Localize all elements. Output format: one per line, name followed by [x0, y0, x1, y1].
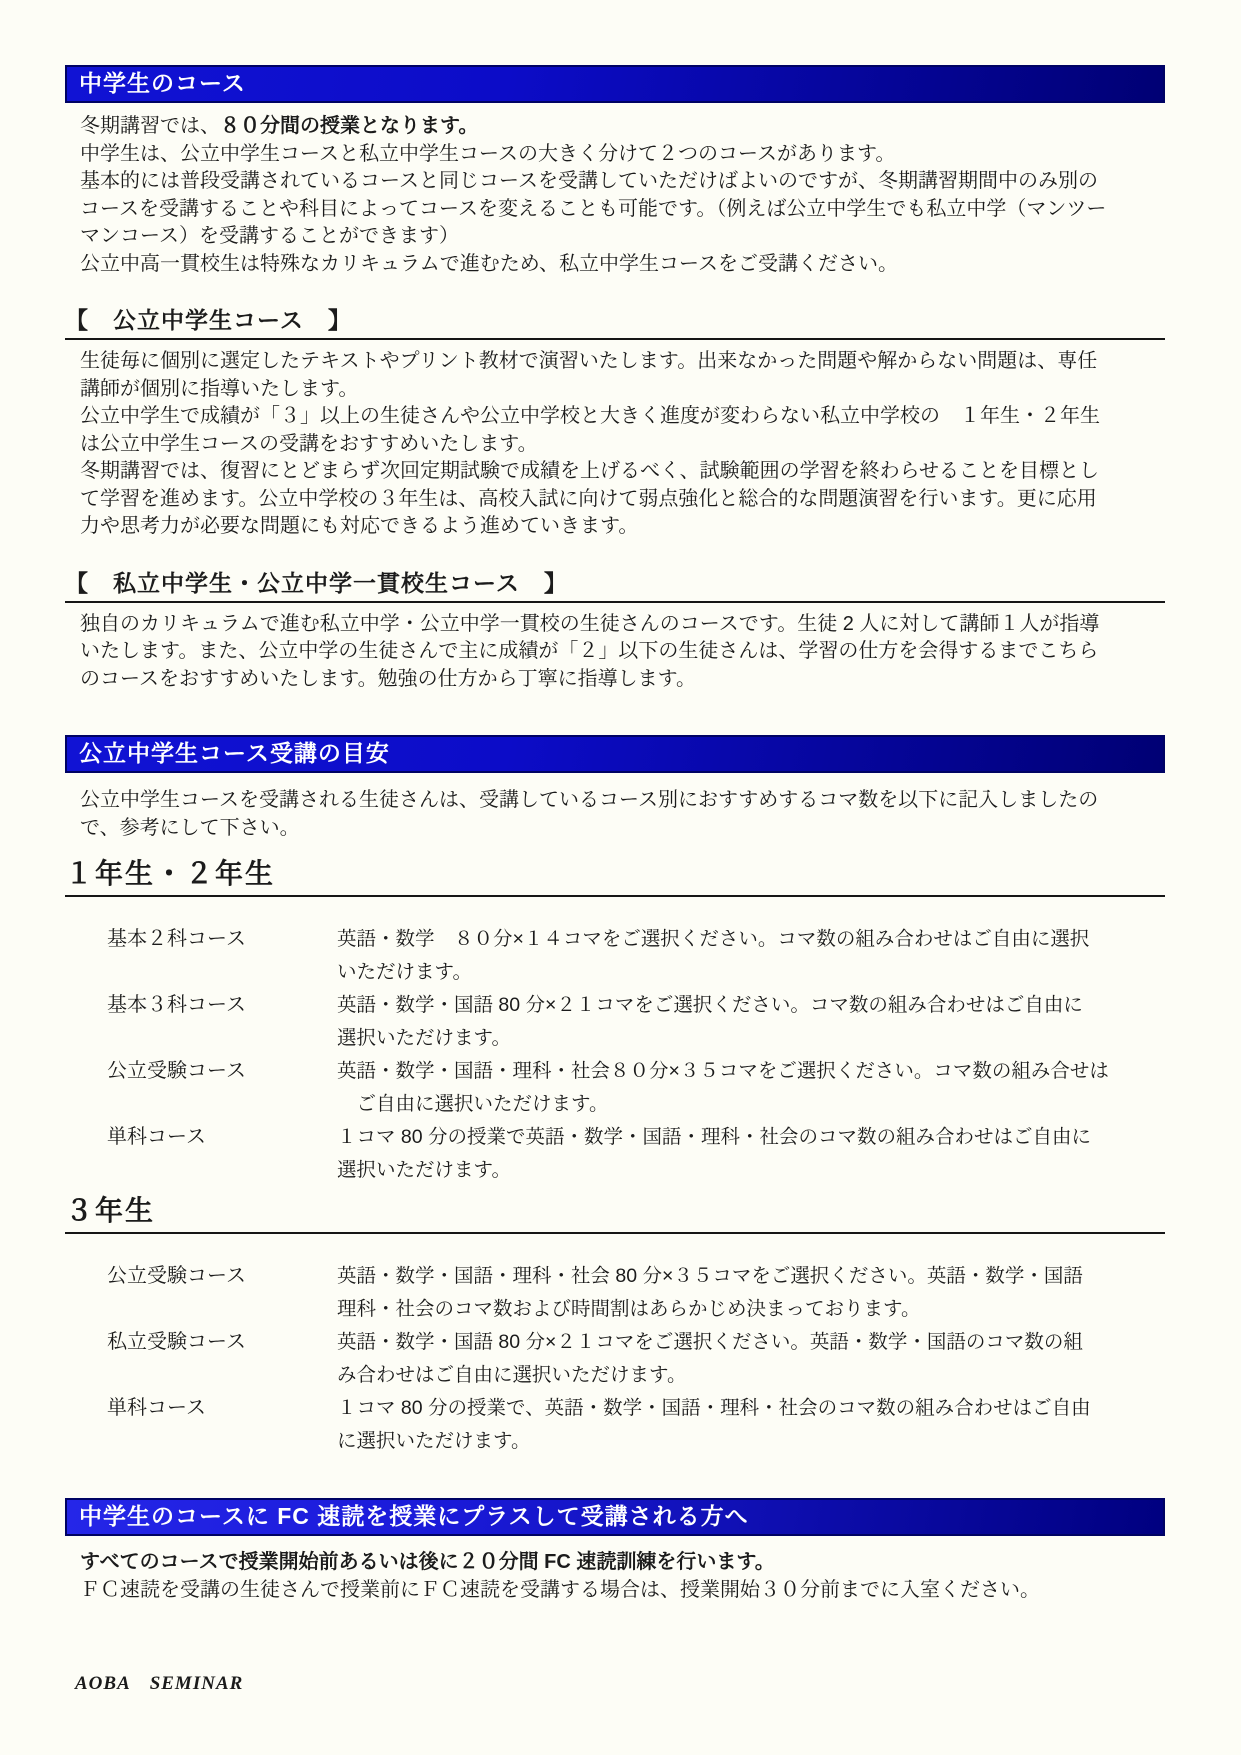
course-description: １コマ 80 分の授業で英語・数学・国語・理科・社会のコマ数の組み合わせはご自由…	[337, 1121, 1165, 1187]
course-row-single-subject: 単科コース １コマ 80 分の授業で英語・数学・国語・理科・社会のコマ数の組み合…	[107, 1121, 1165, 1187]
course-row-basic3: 基本３科コース 英語・数学・国語 80 分×２１コマをご選択ください。コマ数の組…	[107, 989, 1165, 1055]
heading-private-course-label: 【 私立中学生・公立中学一貫校生コース 】	[65, 570, 568, 596]
course-description: 英語・数学 ８０分×１４コマをご選択ください。コマ数の組み合わせはご自由に選択 …	[337, 923, 1165, 989]
guideline-intro-paragraph: 公立中学生コースを受講される生徒さんは、受講しているコース別におすすめするコマ数…	[65, 787, 1165, 842]
course-row-private-exam: 私立受験コース 英語・数学・国語 80 分×２１コマをご選択ください。英語・数学…	[107, 1326, 1165, 1392]
fc-note-bold-line: すべてのコースで授業開始前あるいは後に２０分間 FC 速読訓練を行います。	[80, 1548, 1165, 1576]
course-label: 公立受験コース	[107, 1055, 299, 1121]
course-description: 英語・数学・国語 80 分×２１コマをご選択ください。英語・数学・国語のコマ数の…	[337, 1326, 1165, 1392]
course-description: 英語・数学・国語・理科・社会 80 分×３５コマをご選択ください。英語・数学・国…	[337, 1260, 1165, 1326]
course-description: 英語・数学・国語 80 分×２１コマをご選択ください。コマ数の組み合わせはご自由…	[337, 989, 1165, 1055]
course-description: １コマ 80 分の授業で、英語・数学・国語・理科・社会のコマ数の組み合わせはご自…	[337, 1392, 1165, 1458]
public-course-paragraph: 生徒毎に個別に選定したテキストやプリント教材で演習いたします。出来なかった問題や…	[65, 348, 1165, 541]
course-label: 私立受験コース	[107, 1326, 299, 1392]
course-row-public-exam: 公立受験コース 英語・数学・国語・理科・社会８０分×３５コマをご選択ください。コ…	[107, 1055, 1165, 1121]
course-label: 公立受験コース	[107, 1260, 299, 1326]
intro-lines: 中学生は、公立中学生コースと私立中学生コースの大きく分けて２つのコースがあります…	[80, 141, 1165, 279]
intro-lead-line: 冬期講習では、８０分間の授業となります。	[80, 113, 1165, 141]
heading-grade-1-2-label: １年生・２年生	[65, 858, 275, 889]
heading-public-course-label: 【 公立中学生コース 】	[65, 307, 352, 333]
fc-note: すべてのコースで授業開始前あるいは後に２０分間 FC 速読訓練を行います。 ＦＣ…	[65, 1548, 1165, 1604]
intro-lead-bold: ８０分間の授業となります。	[220, 115, 478, 137]
course-label: 単科コース	[107, 1392, 299, 1458]
intro-lead-prefix: 冬期講習では、	[80, 115, 220, 137]
course-label: 単科コース	[107, 1121, 299, 1187]
course-label: 基本２科コース	[107, 923, 299, 989]
banner-junior-high-courses: 中学生のコース	[65, 65, 1165, 103]
document-page: 中学生のコース 冬期講習では、８０分間の授業となります。 中学生は、公立中学生コ…	[0, 0, 1241, 1755]
course-row-basic2: 基本２科コース 英語・数学 ８０分×１４コマをご選択ください。コマ数の組み合わせ…	[107, 923, 1165, 989]
heading-private-course: 【 私立中学生・公立中学一貫校生コース 】	[65, 565, 1165, 603]
private-course-paragraph: 独自のカリキュラムで進む私立中学・公立中学一貫校の生徒さんのコースです。生徒 2…	[65, 611, 1165, 694]
banner-fc-speed-reading-label: 中学生のコースに FC 速読を授業にプラスして受講される方へ	[79, 1503, 749, 1529]
heading-grade-3: ３年生	[65, 1189, 1165, 1234]
banner-guideline-label: 公立中学生コース受講の目安	[79, 740, 390, 766]
banner-guideline: 公立中学生コース受講の目安	[65, 735, 1165, 773]
intro-paragraph: 冬期講習では、８０分間の授業となります。 中学生は、公立中学生コースと私立中学生…	[65, 113, 1165, 278]
grade-1-2-course-table: 基本２科コース 英語・数学 ８０分×１４コマをご選択ください。コマ数の組み合わせ…	[65, 923, 1165, 1187]
fc-note-line: ＦＣ速読を受講の生徒さんで授業前にＦＣ速読を受講する場合は、授業開始３０分前まで…	[80, 1576, 1165, 1604]
course-description: 英語・数学・国語・理科・社会８０分×３５コマをご選択ください。コマ数の組み合せは…	[337, 1055, 1165, 1121]
footer-brand: AOBA SEMINAR	[65, 1668, 1165, 1695]
banner-junior-high-courses-label: 中学生のコース	[79, 70, 246, 96]
course-label: 基本３科コース	[107, 989, 299, 1055]
heading-grade-1-2: １年生・２年生	[65, 852, 1165, 897]
heading-public-course: 【 公立中学生コース 】	[65, 302, 1165, 340]
heading-grade-3-label: ３年生	[65, 1195, 155, 1226]
course-row-public-exam: 公立受験コース 英語・数学・国語・理科・社会 80 分×３５コマをご選択ください…	[107, 1260, 1165, 1326]
banner-fc-speed-reading: 中学生のコースに FC 速読を授業にプラスして受講される方へ	[65, 1498, 1165, 1536]
grade-3-course-table: 公立受験コース 英語・数学・国語・理科・社会 80 分×３５コマをご選択ください…	[65, 1260, 1165, 1458]
course-row-single-subject: 単科コース １コマ 80 分の授業で、英語・数学・国語・理科・社会のコマ数の組み…	[107, 1392, 1165, 1458]
